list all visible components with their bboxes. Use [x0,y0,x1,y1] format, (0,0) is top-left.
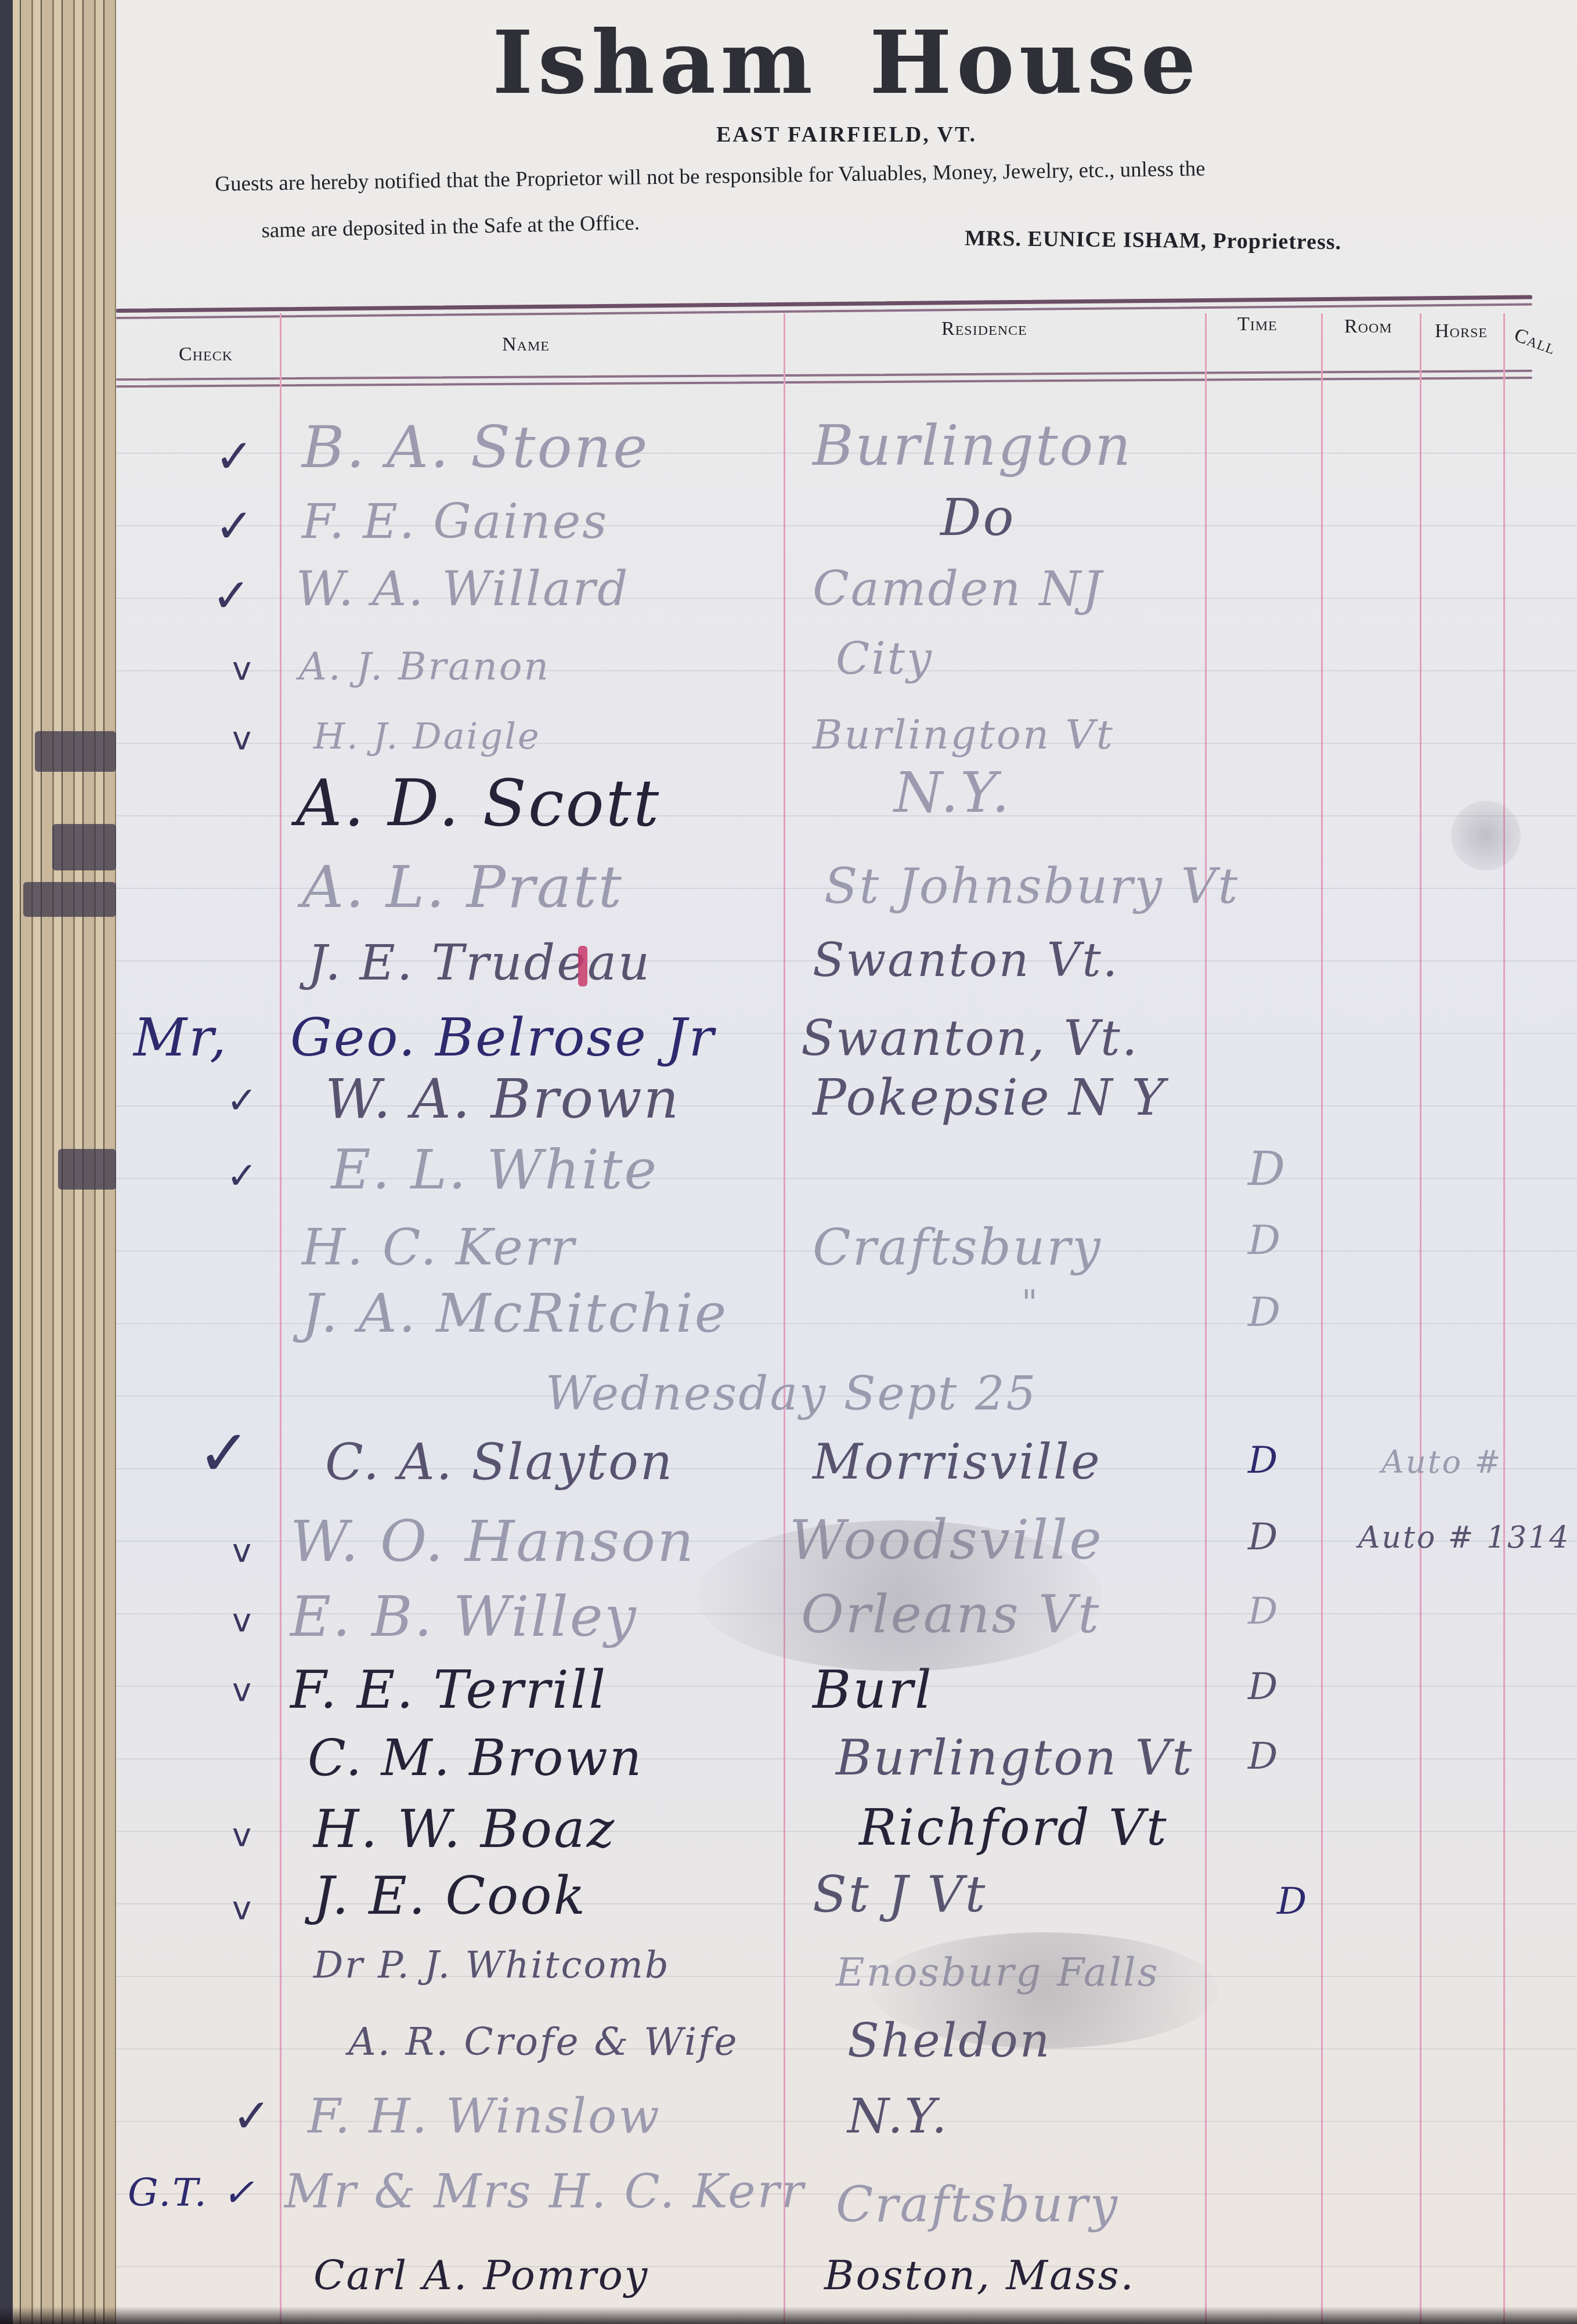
check-mark: v [232,1602,251,1639]
guest-residence: St J Vt [813,1866,987,1924]
guest-residence: City [836,632,933,684]
ink-stain [23,882,116,917]
notice-line-1: Guests are hereby notified that the Prop… [215,151,1509,197]
guest-name: B. A. Stone [302,413,649,481]
check-mark: v [232,1889,251,1927]
page-bottom-shadow [0,2307,1577,2324]
column-header-horse: Horse [1435,320,1488,342]
column-rule [1420,313,1421,2324]
check-mark: ✓ [215,499,254,553]
guest-residence: Pokepsie N Y [813,1069,1166,1127]
guest-residence: Camden NJ [813,562,1103,617]
guest-name: Mr & Mrs H. C. Kerr [284,2164,805,2218]
date-divider: Wednesday Sept 25 [546,1367,1037,1421]
check-mark: v [232,1816,251,1854]
guest-name: W. A. Brown [325,1068,680,1131]
book-cover-edge [0,0,13,2324]
check-mark: v [232,650,251,688]
check-mark: v [232,1532,251,1570]
guest-name: A. L. Pratt [302,853,623,921]
guest-name: H. C. Kerr [302,1219,576,1277]
guest-residence: Morrisville [813,1433,1102,1490]
column-header-call: Call [1511,324,1559,360]
guest-residence: Craftsbury [836,2176,1119,2233]
stain [697,1520,1103,1671]
proprietress-line: MRS. EUNICE ISHAM, Proprietress. [965,226,1342,255]
time-mark: D [1248,1288,1282,1336]
guest-name: H. J. Daigle [313,715,541,757]
guest-residence: Richford Vt [859,1799,1168,1857]
title-word-isham: Isham [492,12,817,114]
column-header-time: Time [1237,313,1278,335]
check-mark: ✓ [212,569,251,623]
time-mark: D [1248,1590,1279,1633]
guest-residence: Burlington Vt [813,711,1114,758]
column-header-check: Check [179,344,233,366]
guest-name: Dr P. J. Whitcomb [313,1944,670,1987]
guest-residence: Do [940,487,1016,547]
register-page: IshamHouse EAST FAIRFIELD, VT. Guests ar… [116,0,1577,2324]
guest-name: H. W. Boaz [313,1799,616,1860]
guest-name: Geo. Belrose Jr [290,1007,716,1068]
room-note: Auto # 1314 NH [1358,1520,1577,1555]
guest-residence: N.Y. [894,760,1011,825]
column-header-room: Room [1344,316,1392,338]
guest-name: J. E. Trudeau [308,934,651,991]
time-mark: D [1248,1665,1279,1708]
guest-name: F. E. Terrill [290,1660,607,1721]
guest-name: F. H. Winslow [308,2089,661,2144]
guest-residence: Swanton, Vt. [801,1010,1139,1067]
page-title: IshamHouse [116,12,1577,114]
column-rule [1321,313,1323,2324]
stain [1451,801,1521,870]
check-mark: ✓ [226,1155,258,1198]
guest-name: W. A. Willard [296,562,630,617]
guest-residence: Craftsbury [813,1219,1102,1277]
column-rule [784,313,785,2324]
guest-residence: " [1022,1282,1040,1323]
guest-name: E. B. Willey [290,1584,638,1649]
check-mark: v [232,1671,251,1709]
time-mark: D [1248,1216,1282,1264]
column-rule [1205,313,1207,2324]
check-mark: ✓ [226,1079,258,1122]
location-line: EAST FAIRFIELD, VT. [116,122,1577,147]
room-note: Auto # [1381,1444,1502,1480]
check-mark: ✓ [215,429,254,483]
guest-name: F. E. Gaines [302,494,608,550]
time-mark: D [1277,1880,1308,1923]
guest-name: C. A. Slayton [325,1433,674,1491]
guest-name: W. O. Hanson [290,1509,695,1575]
title-word-house: House [869,12,1201,114]
column-header-residence: Residence [941,318,1027,340]
guest-name: A. R. Crofe & Wife [348,2019,739,2064]
guest-name: A. D. Scott [296,766,661,840]
check-mark: ✓ [232,2089,271,2143]
guest-residence: Swanton Vt. [813,933,1119,987]
guest-name: J. A. McRitchie [302,1282,728,1344]
time-mark: D [1248,1735,1279,1778]
guest-title: Mr, [133,1007,228,1068]
stain [871,1932,1219,2048]
check-mark: ✓ [197,1416,251,1490]
guest-residence: Boston, Mass. [824,2251,1135,2299]
red-ink-mark [578,946,587,986]
guest-residence: St Johnsbury Vt [824,858,1239,915]
ink-stain [58,1149,116,1190]
column-header-name: Name [502,334,550,356]
time-mark: D [1248,1516,1279,1559]
column-rule [1503,313,1505,2324]
column-rule [280,313,282,2324]
guest-residence: Burlington [813,413,1132,478]
notice-line-2: same are deposited in the Safe at the Of… [261,210,640,243]
ink-stain [35,731,116,772]
guest-residence: N.Y. [847,2089,948,2144]
time-mark: D [1248,1439,1279,1482]
time-mark: D [1248,1142,1287,1196]
guest-name: E. L. White [331,1138,658,1202]
check-mark: v [232,720,251,757]
guest-name: J. E. Cook [313,1866,587,1927]
guest-name: C. M. Brown [308,1729,643,1787]
check-mark: G.T. ✓ [128,2170,256,2215]
guest-name: Carl A. Pomroy [313,2251,649,2299]
ink-stain [52,824,116,870]
guest-name: A. J. Branon [299,644,550,689]
guest-residence: Burlington Vt [836,1729,1193,1786]
